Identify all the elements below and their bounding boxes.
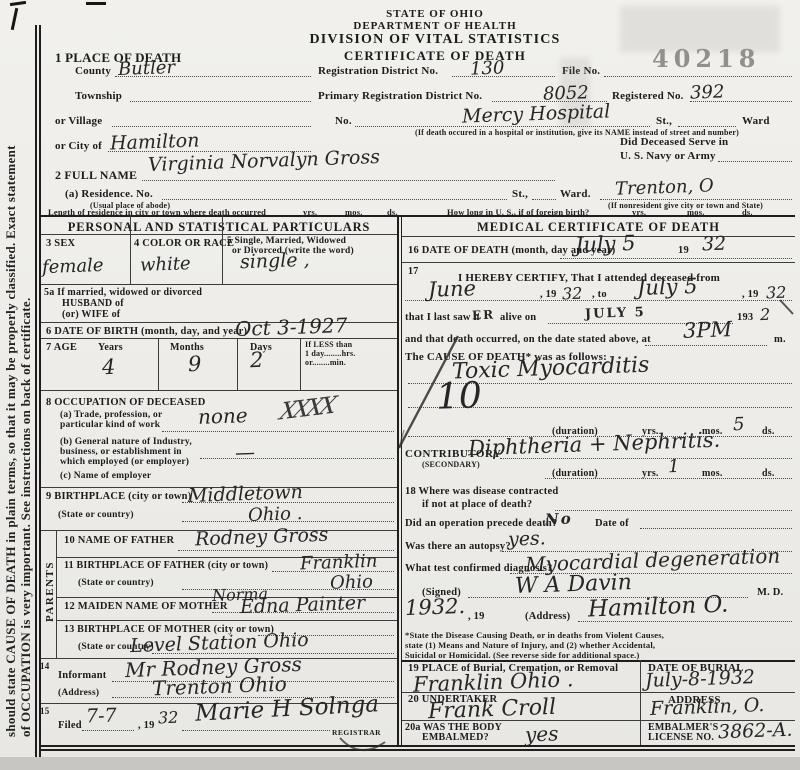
item18-line1: 18 Where was disease contracted [405, 486, 558, 497]
fill-line [112, 126, 311, 127]
registration-district-value: 130 [470, 57, 505, 79]
age-years-header: Years [98, 342, 123, 353]
autopsy-value: yes. [508, 527, 547, 550]
item5a-line3: (or) WIFE of [62, 309, 120, 320]
township-label: Township [75, 90, 122, 102]
certificate-paper: should state CAUSE OF DEATH in plain ter… [0, 0, 800, 757]
to-19-label: , 19 [742, 289, 759, 300]
fill-line [82, 730, 134, 731]
occupation-a-value: none [198, 403, 248, 429]
scan-artifact [10, 1, 26, 6]
footnote-line2: state (1) Means and Nature of Injury, an… [405, 640, 655, 650]
date-of-label: Date of [595, 518, 629, 529]
column-divider [401, 215, 403, 747]
header-division: DIVISION OF VITAL STATISTICS [270, 32, 600, 48]
father-state-value: Ohio [330, 571, 374, 593]
informant-label: Informant [58, 670, 106, 681]
signed-19-label: , 19 [468, 611, 485, 622]
burial-table-top-rule [402, 660, 795, 662]
occupation-label: 8 OCCUPATION OF DECEASED [46, 397, 206, 408]
filed-label: Filed [58, 720, 82, 731]
item5a-line1: 5a If married, widowed or divorced [44, 287, 202, 298]
age-days-value: 2 [250, 348, 264, 372]
margin-rule [35, 25, 37, 757]
last-saw-date-value: JULY 5 [585, 305, 646, 322]
race-value: white [140, 253, 191, 276]
mother-name-label: 12 MAIDEN NAME OF MOTHER [64, 601, 228, 612]
father-name-label: 10 NAME OF FATHER [64, 535, 174, 546]
served-label-1: Did Deceased Serve in [620, 136, 728, 148]
fill-line [182, 730, 330, 731]
to-year-value: 32 [766, 283, 787, 303]
footnote-line1: *State the Disease Causing Death, or in … [405, 630, 664, 640]
street-no-label: No. [335, 115, 352, 127]
undertaker-value: Frank Croll [428, 695, 557, 724]
age-years-value: 4 [102, 355, 116, 379]
fill-line [545, 478, 792, 479]
fill-line [555, 510, 792, 511]
ward2-label: Ward. [560, 188, 591, 200]
cell-divider [300, 338, 301, 390]
age-months-value: 9 [188, 352, 202, 376]
operation-value: No [545, 510, 573, 529]
registered-no-label: Registered No. [612, 90, 684, 102]
cause-code-value: 10 [435, 375, 482, 418]
death-certificate-scan: { "margin": { "line1": "should state CAU… [0, 0, 800, 770]
less-than-line3: or........min. [305, 358, 346, 367]
bottom-rule [40, 749, 795, 751]
occupation-b-line2: business, or establishment in [60, 447, 182, 457]
footnote-line3: Suicidal or Homicidal. (See reverse side… [405, 650, 640, 660]
occupation-b-line3: which employed (or employer) [60, 457, 189, 467]
rule [41, 390, 397, 391]
sex-value: female [42, 255, 104, 278]
from-19-label: , 19 [540, 289, 557, 300]
cell-divider [222, 215, 223, 284]
served-label-2: U. S. Navy or Army [620, 150, 716, 162]
ward-label: Ward [742, 115, 770, 127]
rule [41, 338, 397, 339]
fill-line [500, 458, 792, 459]
signed-address-label: (Address) [525, 611, 570, 622]
birthplace-label: 9 BIRTHPLACE (city or town) [46, 491, 191, 502]
cell-divider [158, 338, 159, 390]
mother-name-value2: Edna Painter [240, 592, 366, 618]
file-number-stamp: 40218 [652, 44, 761, 73]
cell-divider [130, 215, 131, 284]
margin-instruction-line2: of OCCUPATION is very important. See ins… [18, 297, 34, 737]
from-year-value: 32 [562, 284, 583, 304]
father-name-value: Rodney Gross [195, 524, 329, 551]
less-than-line2: 1 day........hrs. [305, 349, 356, 358]
fill-line [640, 528, 792, 529]
birthplace-state-value: Ohio . [248, 503, 303, 526]
state-country-label: (State or country) [78, 578, 154, 588]
undertaker-address-value: Franklin, O. [650, 694, 765, 720]
saw-year-value: 2 [760, 305, 771, 324]
residence-label: (a) Residence. No. [65, 188, 153, 200]
margin-rule [39, 25, 41, 757]
last-saw-label: that I last saw h [405, 312, 480, 323]
secondary-label: (SECONDARY) [422, 460, 480, 469]
dob-label: 6 DATE OF BIRTH (month, day, and year) [46, 326, 247, 337]
autopsy-label: Was there an autopsy? [405, 541, 511, 552]
saw-193-label: 193 [737, 312, 753, 323]
st2-label: St., [512, 188, 528, 200]
fill-line [718, 161, 792, 162]
burial-table-divider [640, 660, 641, 745]
dod-year-value: 32 [702, 233, 727, 256]
last-saw-er-value: ER [472, 308, 496, 323]
father-birthplace-label: 11 BIRTHPLACE OF FATHER (city or town) [64, 560, 268, 571]
item5a-line2: HUSBAND of [62, 298, 124, 309]
parents-label: PARENTS [44, 561, 56, 622]
md-label: M. D. [757, 587, 783, 598]
rule [57, 620, 397, 621]
fill-line [162, 199, 507, 200]
city-label: or City of [55, 140, 102, 152]
dod-19-label: 19 [678, 245, 689, 256]
attended-from-value: June [428, 276, 477, 302]
occupation-a-line1: (a) Trade, profession, or [60, 410, 162, 420]
marital-value: single , [240, 249, 310, 273]
alive-on-label: alive on [500, 312, 536, 323]
sex-label: 3 SEX [46, 238, 75, 249]
embalmed-label-2: EMBALMED? [422, 732, 489, 743]
fill-line [200, 458, 394, 459]
registered-no-value: 392 [690, 81, 725, 103]
section-divider [40, 215, 795, 217]
fill-line [142, 180, 555, 181]
occupation-b-value: — [235, 440, 256, 465]
fill-line [130, 101, 311, 102]
to-label: , to [592, 289, 607, 300]
county-label: County [75, 65, 111, 77]
rule [41, 284, 397, 285]
st-label: St., [656, 115, 672, 127]
cell-divider [237, 338, 238, 390]
header-state: STATE OF OHIO [270, 8, 600, 20]
form-header: STATE OF OHIO DEPARTMENT OF HEALTH DIVIS… [270, 8, 600, 64]
death-occurred-label: and that death occurred, on the date sta… [405, 334, 651, 345]
margin-instruction-line1: should state CAUSE OF DEATH in plain ter… [3, 145, 19, 737]
filed-year-value: 32 [158, 708, 179, 728]
fill-line [162, 431, 394, 432]
marital-label-1: 5 Single, Married, Widowed [227, 236, 346, 246]
scan-artifact [86, 2, 106, 5]
rule [402, 262, 795, 263]
primary-reg-label: Primary Registration District No. [318, 90, 482, 102]
fill-line [532, 199, 556, 200]
cause-duration-days-value: 5 [733, 414, 745, 435]
county-value: Butler [118, 57, 176, 80]
bottom-rule [40, 745, 795, 747]
parents-box-divider [56, 530, 57, 658]
rule [41, 234, 397, 235]
filed-date-value: 7-7 [86, 704, 117, 727]
fill-line [604, 76, 792, 77]
occupation-a-line2: particular kind of work [60, 420, 160, 430]
embalmer-license-label-2: LICENSE NO. [648, 732, 714, 743]
left-column-title: PERSONAL AND STATISTICAL PARTICULARS [42, 220, 396, 235]
death-time-value: 3PM [683, 317, 733, 343]
contributory-value: Diphtheria + Nephritis. [468, 428, 721, 461]
item18-line2: if not at place of death? [422, 499, 532, 510]
signed-year-value: 1932. [405, 594, 466, 620]
header-dept: DEPARTMENT OF HEALTH [270, 20, 600, 32]
embalmer-license-value: 3862-A. [718, 719, 793, 744]
header-title: CERTIFICATE OF DEATH [270, 48, 600, 64]
registration-district-label: Registration District No. [318, 65, 438, 77]
occupation-b-line1: (b) General nature of Industry, [60, 437, 192, 447]
residence-value: Trenton, O [615, 175, 714, 199]
contributory-duration-value: 1 [668, 456, 680, 477]
item14-number: 14 [40, 661, 49, 671]
signed-address-value: Hamilton O. [588, 592, 729, 623]
scan-artifact [11, 8, 19, 30]
item15-number: 15 [40, 706, 49, 716]
attended-to-value: July 5 [637, 274, 698, 300]
age-label: 7 AGE [46, 342, 77, 353]
village-label: or Village [55, 115, 102, 127]
filed-19-label: , 19 [138, 720, 155, 731]
dob-value: Oct 3-1927 [235, 313, 348, 341]
state-country-label: (State or country) [58, 510, 134, 520]
fill-line [645, 345, 767, 346]
fill-line [678, 126, 736, 127]
fill-line [560, 258, 792, 259]
item17-number: 17 [408, 266, 418, 277]
city-value: Hamilton [110, 129, 200, 154]
date-of-death-value: July 5 [575, 231, 636, 257]
less-than-line1: If LESS than [305, 340, 352, 349]
fullname-label: 2 FULL NAME [55, 168, 137, 183]
occupation-a-crossout: XXXX [278, 392, 336, 425]
occupation-c-label: (c) Name of employer [60, 471, 151, 481]
embalmed-value: yes [525, 721, 559, 746]
registrar-label: Registrar [332, 728, 381, 737]
m-label: m. [774, 334, 786, 345]
column-divider [397, 215, 399, 747]
race-label: 4 COLOR OR RACE [134, 238, 234, 249]
burial-date-value: July-8-1932 [645, 666, 756, 692]
informant-address-label: (Address) [58, 688, 99, 698]
